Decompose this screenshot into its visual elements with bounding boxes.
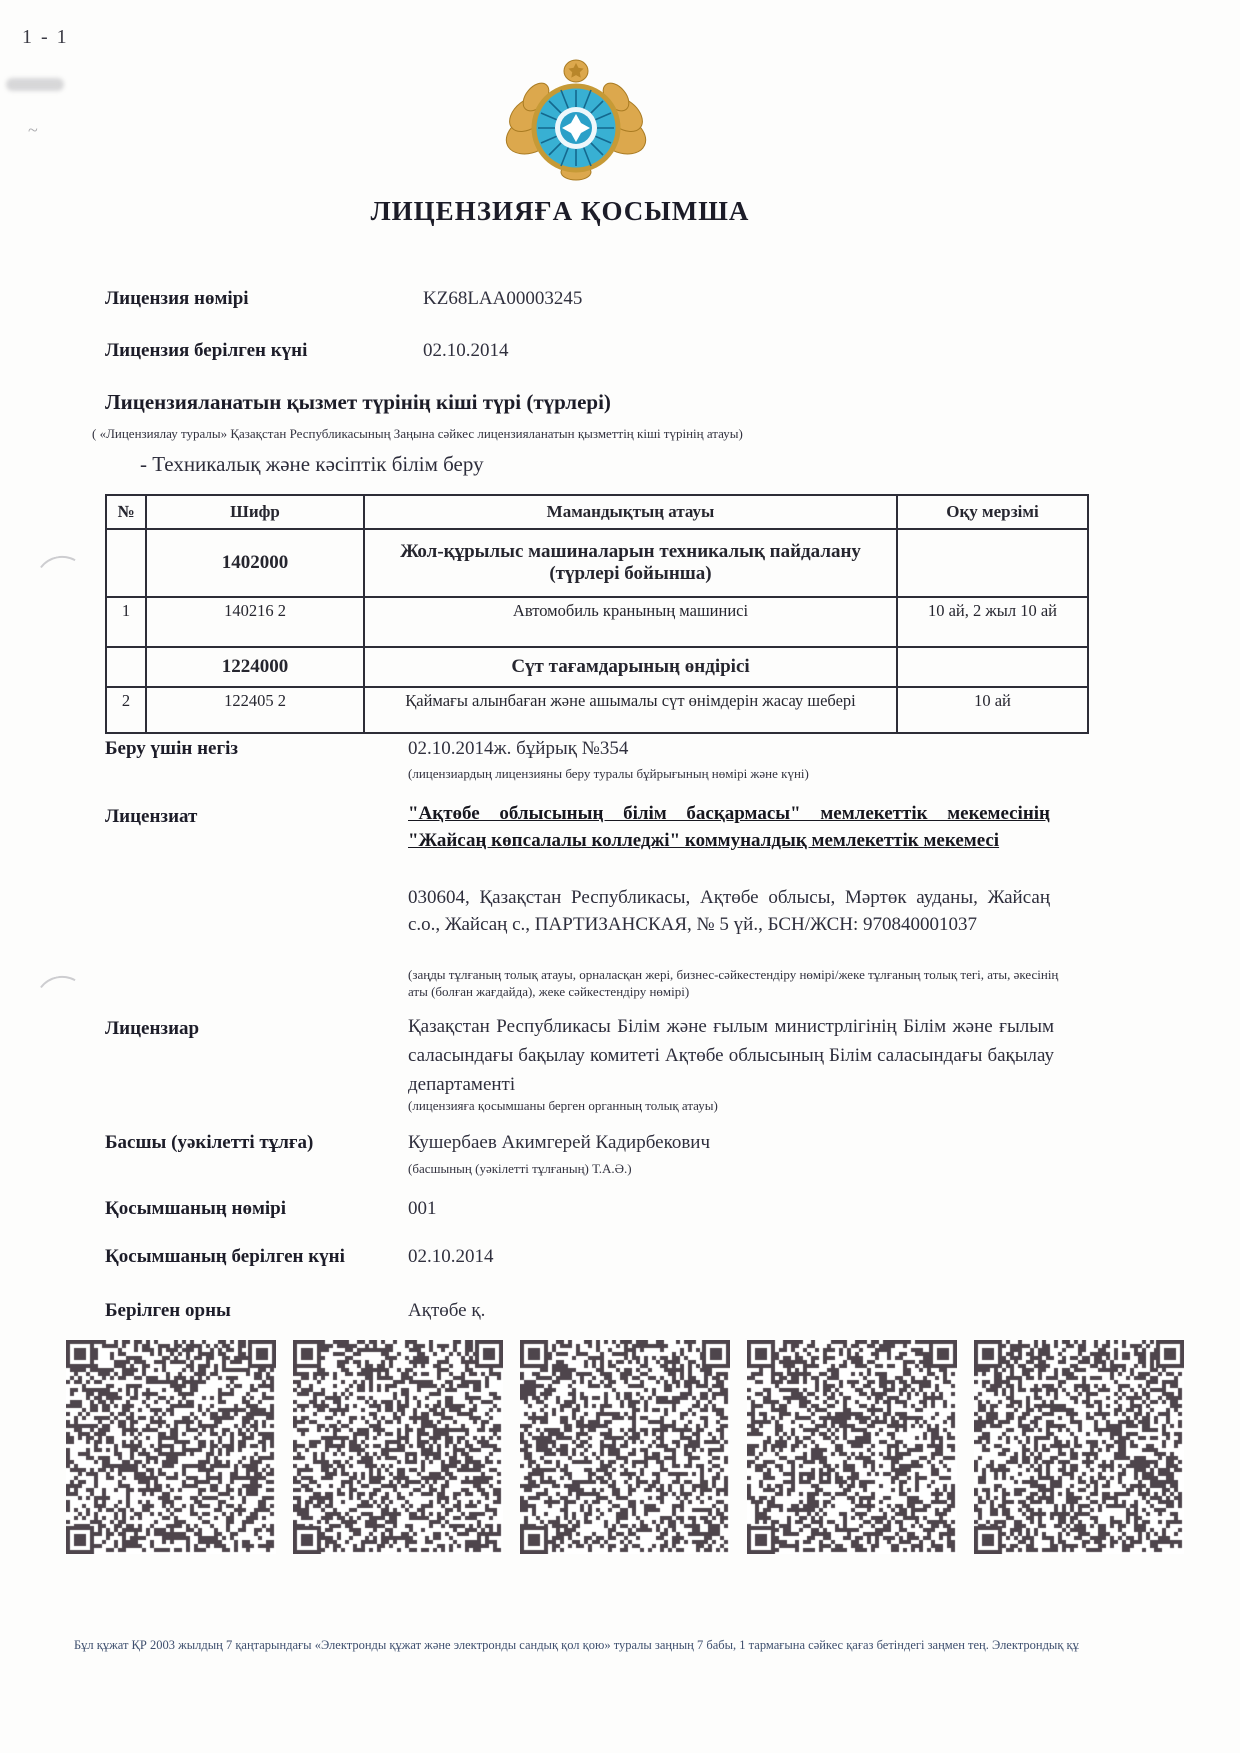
license-date-value: 02.10.2014 <box>423 340 509 362</box>
qr-code <box>747 1340 957 1554</box>
page-number-marker: 1 - 1 <box>22 26 69 49</box>
cell-name: Қаймағы алынбаған және ашымалы сүт өнімд… <box>364 687 897 733</box>
scan-tilde-mark: ~ <box>28 120 38 141</box>
cell-code: 122405 2 <box>146 687 364 733</box>
attachment-date-value: 02.10.2014 <box>408 1246 494 1268</box>
cell-name: Автомобиль кранының машинисі <box>364 597 897 647</box>
head-official-label: Басшы (уәкілетті тұлға) <box>105 1132 313 1154</box>
table-header-row: № Шифр Мамандықтың атауы Оқу мерзімі <box>106 495 1088 529</box>
footer-legal-text: Бұл құжат ҚР 2003 жылдың 7 қаңтарындағы … <box>74 1638 1240 1653</box>
cell-code: 1402000 <box>146 529 364 597</box>
license-number-label: Лицензия нөмірі <box>105 288 249 310</box>
cell-duration: 10 ай <box>897 687 1088 733</box>
issue-place-label: Берілген орны <box>105 1300 231 1322</box>
attachment-date-label: Қосымшаның берілген күні <box>105 1246 345 1268</box>
licensor-note: (лицензияға қосымшаны берген органның то… <box>408 1098 718 1114</box>
cell-code: 1224000 <box>146 647 364 687</box>
qr-code <box>293 1340 503 1554</box>
table-row: 2 122405 2 Қаймағы алынбаған және ашымал… <box>106 687 1088 733</box>
activity-section-note: ( «Лицензиялау туралы» Қазақстан Республ… <box>92 426 743 442</box>
issue-place-value: Ақтөбе қ. <box>408 1300 485 1322</box>
basis-label: Беру үшін негіз <box>105 738 238 760</box>
qr-code <box>66 1340 276 1554</box>
table-group-row: 1224000 Сүт тағамдарының өндірісі <box>106 647 1088 687</box>
document-page: 1 - 1 ~ <box>0 0 1240 1753</box>
col-header-name: Мамандықтың атауы <box>364 495 897 529</box>
head-official-note: (басшының (уәкілетті тұлғаның) Т.А.Ә.) <box>408 1161 632 1177</box>
cell-duration: 10 ай, 2 жыл 10 ай <box>897 597 1088 647</box>
cell-num: 2 <box>106 687 146 733</box>
licensor-label: Лицензиар <box>105 1018 199 1040</box>
scan-smudge <box>6 78 64 91</box>
scan-arc-mark <box>32 971 90 1024</box>
cell-code: 140216 2 <box>146 597 364 647</box>
table-row: 1 140216 2 Автомобиль кранының машинисі … <box>106 597 1088 647</box>
col-header-code: Шифр <box>146 495 364 529</box>
licensor-value: Қазақстан Республикасы Білім және ғылым … <box>408 1012 1054 1099</box>
table-group-row: 1402000 Жол-құрылыс машиналарын техникал… <box>106 529 1088 597</box>
attachment-number-label: Қосымшаның нөмірі <box>105 1198 286 1220</box>
licensee-note: (заңды тұлғаның толық атауы, орналасқан … <box>408 966 1068 1000</box>
scan-arc-mark <box>32 551 90 604</box>
activity-subtype: - Техникалық және кәсіптік білім беру <box>140 452 484 477</box>
licensee-address: 030604, Қазақстан Республикасы, Ақтөбе о… <box>408 884 1050 938</box>
document-title: ЛИЦЕНЗИЯҒА ҚОСЫМША <box>0 196 1120 227</box>
qr-code <box>520 1340 730 1554</box>
cell-name: Жол-құрылыс машиналарын техникалық пайда… <box>364 529 897 597</box>
attachment-number-value: 001 <box>408 1198 437 1220</box>
cell-name: Сүт тағамдарының өндірісі <box>364 647 897 687</box>
basis-note: (лицензиардың лицензияны беру туралы бұй… <box>408 766 809 782</box>
basis-value: 02.10.2014ж. бұйрық №354 <box>408 738 628 760</box>
licensee-label: Лицензиат <box>105 806 197 828</box>
activity-section-heading: Лицензияланатын қызмет түрінің кіші түрі… <box>105 390 611 415</box>
qr-code-strip <box>66 1340 1188 1554</box>
kazakhstan-emblem-icon <box>496 54 656 182</box>
col-header-duration: Оқу мерзімі <box>897 495 1088 529</box>
licensee-name: "Ақтөбе облысының білім басқармасы" мемл… <box>408 800 1050 854</box>
qr-code <box>974 1340 1184 1554</box>
cell-num <box>106 647 146 687</box>
cell-num: 1 <box>106 597 146 647</box>
head-official-name: Кушербаев Акимгерей Кадирбекович <box>408 1132 710 1154</box>
col-header-num: № <box>106 495 146 529</box>
cell-num <box>106 529 146 597</box>
specialties-table: № Шифр Мамандықтың атауы Оқу мерзімі 140… <box>105 494 1089 734</box>
cell-duration <box>897 529 1088 597</box>
license-number-value: KZ68LAA00003245 <box>423 288 582 310</box>
license-date-label: Лицензия берілген күні <box>105 340 307 362</box>
cell-duration <box>897 647 1088 687</box>
